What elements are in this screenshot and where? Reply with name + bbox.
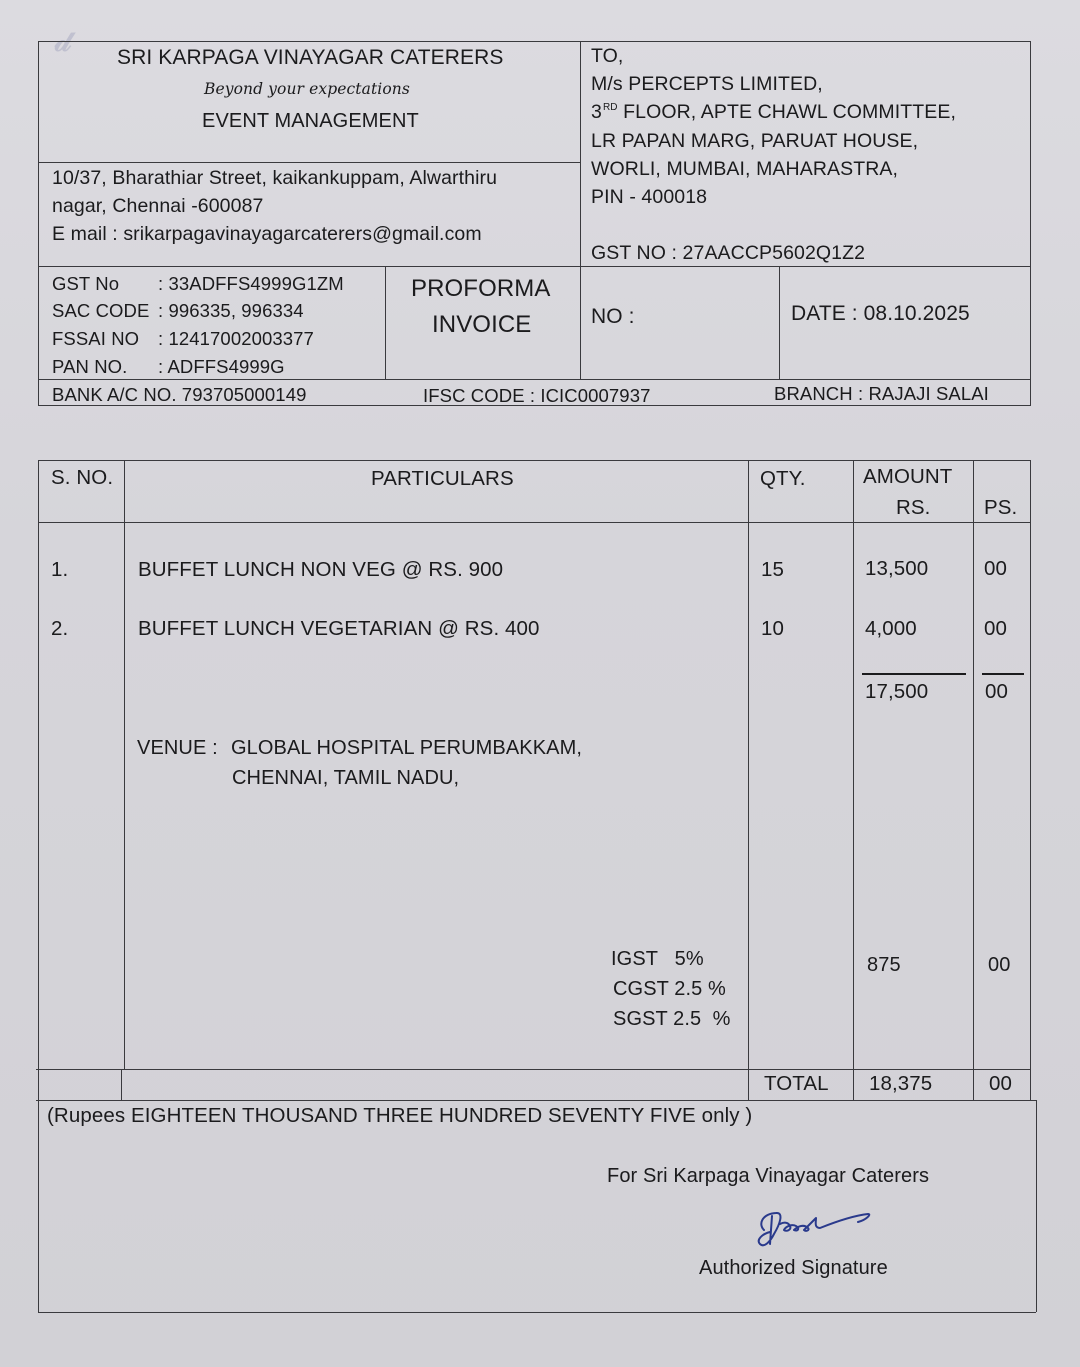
tax-igst: IGST 5% [611,948,704,971]
invoice-title-line2: INVOICE [432,311,531,339]
row-ps: 00 [984,617,1007,641]
bleed-through-marks: 𝒹 [55,25,70,59]
floor-suffix: RD [603,102,618,113]
tax-sgst: SGST 2.5 % [613,1008,730,1031]
venue-line1: GLOBAL HOSPITAL PERUMBAKKAM, [231,737,582,760]
tax-amount-rs: 875 [867,954,901,977]
amount-in-words: (Rupees EIGHTEEN THOUSAND THREE HUNDRED … [47,1104,752,1128]
header-particulars: PARTICULARS [371,467,514,491]
buyer-name: M/s PERCEPTS LIMITED, [591,73,823,96]
subtotal-rule [862,673,966,675]
sac-value: : 996335, 996334 [158,300,304,322]
buyer-address-line2: LR PAPAN MARG, PARUAT HOUSE, [591,130,918,153]
header-amount: AMOUNT [863,465,952,489]
header-rs: RS. [896,496,930,520]
seller-address-line2: nagar, Chennai -600087 [52,195,263,218]
gst-label: GST No [52,273,119,295]
subtotal-rs: 17,500 [865,680,928,704]
buyer-pin: PIN - 400018 [591,186,707,209]
pan-value: : ADFFS4999G [158,356,285,378]
seller-tagline: Beyond your expectations [204,80,410,98]
fssai-value: : 12417002003377 [158,328,314,350]
header-sno: S. NO. [51,466,113,490]
signature-for-line: For Sri Karpaga Vinayagar Caterers [607,1165,929,1188]
buyer-address-line3: WORLI, MUMBAI, MAHARASTRA, [591,158,898,181]
row-particulars: BUFFET LUNCH NON VEG @ RS. 900 [138,558,503,582]
header-qty: QTY. [760,467,806,491]
row-rs: 4,000 [865,617,917,641]
row-ps: 00 [984,557,1007,581]
handwritten-signature-icon [750,1200,890,1255]
total-ps: 00 [989,1072,1012,1096]
seller-email: E mail : srikarpagavinayagarcaterers@gma… [52,223,482,246]
venue-label: VENUE : [137,737,218,760]
bank-ifsc: IFSC CODE : ICIC0007937 [423,385,650,407]
buyer-gst: GST NO : 27AACCP5602Q1Z2 [591,242,865,265]
seller-division: EVENT MANAGEMENT [202,110,419,133]
signature-mark [750,1200,890,1255]
row-rs: 13,500 [865,557,928,581]
header-ps: PS. [984,496,1017,520]
address-line1-rest: FLOOR, APTE CHAWL COMMITTEE, [618,101,956,123]
gst-value: : 33ADFFS4999G1ZM [158,273,344,295]
seller-name: SRI KARPAGA VINAYAGAR CATERERS [117,46,504,70]
seller-address-line1: 10/37, Bharathiar Street, kaikankuppam, … [52,167,497,190]
row-qty: 15 [761,558,784,582]
row-particulars: BUFFET LUNCH VEGETARIAN @ RS. 400 [138,617,540,641]
bank-account: BANK A/C NO. 793705000149 [52,384,306,406]
total-rs: 18,375 [869,1072,932,1096]
tax-cgst: CGST 2.5 % [613,978,726,1001]
subtotal-rule-ps [982,673,1024,675]
pan-label: PAN NO. [52,356,127,378]
row-sno: 2. [51,617,68,641]
row-sno: 1. [51,558,68,582]
tax-amount-ps: 00 [988,954,1010,977]
bank-branch: BRANCH : RAJAJI SALAI [774,383,989,405]
buyer-address-line1: 3RD FLOOR, APTE CHAWL COMMITTEE, [591,101,956,124]
fssai-label: FSSAI NO [52,328,139,350]
invoice-title-line1: PROFORMA [411,275,550,303]
floor-number: 3 [591,101,602,123]
row-qty: 10 [761,617,784,641]
buyer-to-label: TO, [591,45,623,68]
invoice-date: DATE : 08.10.2025 [791,302,970,326]
sac-label: SAC CODE [52,300,149,322]
venue-line2: CHENNAI, TAMIL NADU, [232,767,459,790]
subtotal-ps: 00 [985,680,1008,704]
invoice-number-label: NO : [591,305,635,329]
signature-caption: Authorized Signature [699,1257,888,1280]
total-label: TOTAL [764,1072,829,1096]
